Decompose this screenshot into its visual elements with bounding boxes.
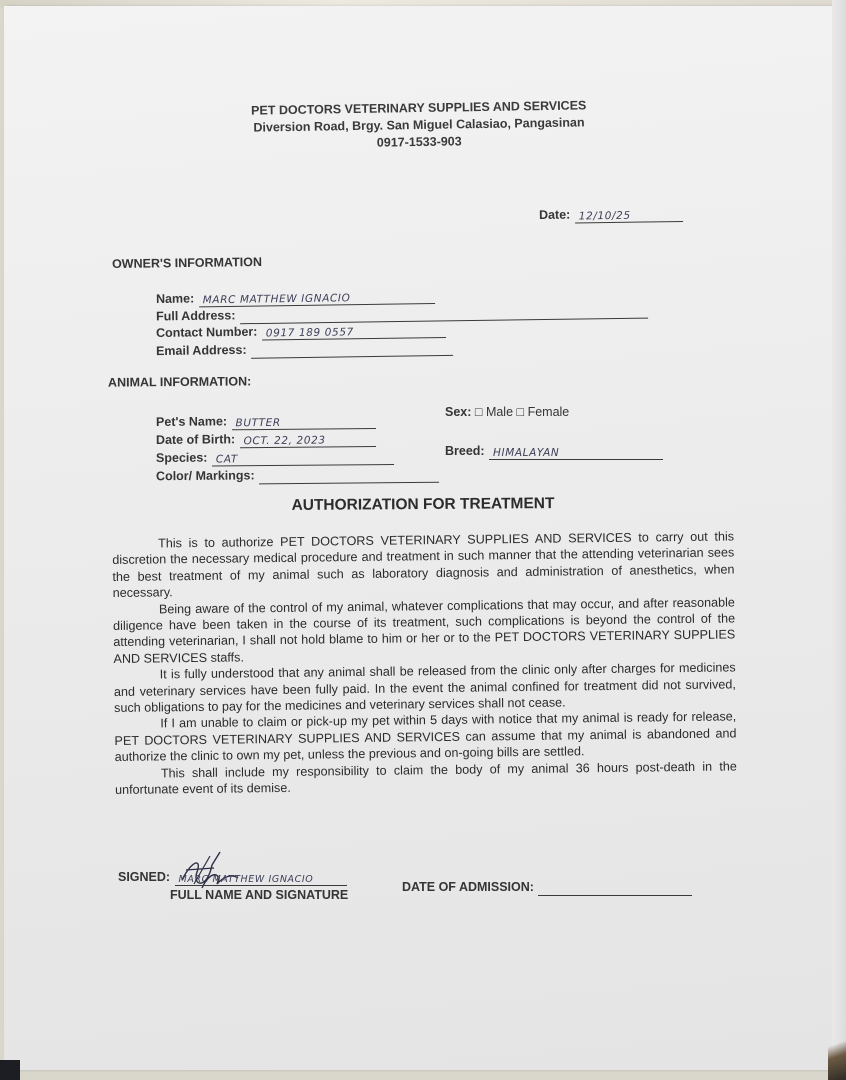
admission-date-field: DATE OF ADMISSION: [402,878,692,896]
date-label: Date: [539,208,570,222]
authorization-body: This is to authorize PET DOCTORS VETERIN… [112,528,737,798]
paper-edge [832,0,846,1080]
sex-male-label: Male [486,405,513,419]
signed-label: SIGNED: [118,870,170,884]
breed-field: Breed: HIMALAYAN [445,442,663,460]
sex-field: Sex: □ Male □ Female [445,405,569,419]
color-markings-field: Color/ Markings: [156,465,439,485]
owner-contact-label: Contact Number: [156,325,258,340]
date-field: Date: 12/10/25 [539,204,683,224]
owner-section-title: OWNER'S INFORMATION [112,255,262,271]
authorization-paragraph: This is to authorize PET DOCTORS VETERIN… [112,528,735,601]
animal-section-title: ANIMAL INFORMATION: [108,374,251,389]
clinic-header: PET DOCTORS VETERINARY SUPPLIES AND SERV… [236,97,603,154]
owner-email-label: Email Address: [156,343,247,358]
owner-email-value[interactable] [251,341,453,359]
species-field: Species: CAT [156,447,394,467]
pet-name-value[interactable]: BUTTER [231,416,375,430]
sex-label: Sex: [445,405,471,419]
pet-name-label: Pet's Name: [156,414,227,429]
breed-value[interactable]: HIMALAYAN [489,447,663,460]
dob-label: Date of Birth: [156,432,235,447]
sex-male-checkbox[interactable]: □ [475,405,483,419]
signature-field: SIGNED: MARC MATTHEW IGNACIO FULL NAME A… [118,868,348,902]
sex-female-checkbox[interactable]: □ [517,405,525,419]
authorization-paragraph: Being aware of the control of my animal,… [113,594,736,667]
paper-corner-shadow [828,1020,846,1080]
owner-name-label: Name: [156,291,194,306]
species-value[interactable]: CAT [212,452,394,467]
authorization-paragraph: If I am unable to claim or pick-up my pe… [114,709,737,766]
dob-value[interactable]: OCT. 22, 2023 [240,434,376,448]
admission-date-label: DATE OF ADMISSION: [402,880,534,894]
color-markings-label: Color/ Markings: [156,468,255,483]
breed-label: Breed: [445,444,485,458]
dob-field: Date of Birth: OCT. 22, 2023 [156,429,376,449]
authorization-paragraph: It is fully understood that any animal s… [114,660,737,717]
owner-address-label: Full Address: [156,308,236,323]
sex-female-label: Female [528,405,570,419]
species-label: Species: [156,451,208,465]
background-corner [0,1060,20,1080]
date-value[interactable]: 12/10/25 [575,209,683,224]
pet-name-field: Pet's Name: BUTTER [156,411,376,431]
admission-date-value[interactable] [538,881,692,896]
color-markings-value[interactable] [259,468,439,485]
signature-caption: FULL NAME AND SIGNATURE [170,888,348,902]
signed-value[interactable]: MARC MATTHEW IGNACIO [175,874,347,886]
